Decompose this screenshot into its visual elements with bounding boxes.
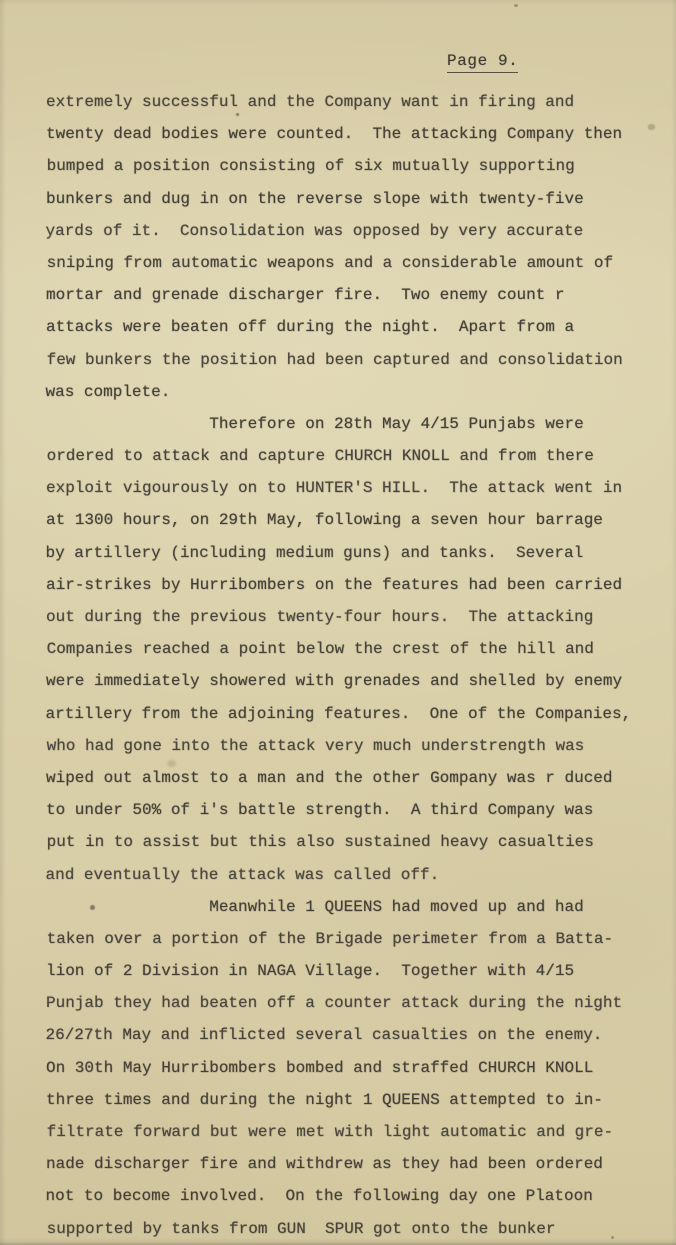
- text-line: who had gone into the attack very much u…: [47, 730, 647, 762]
- typewritten-text-block: extremely successful and the Company wan…: [46, 86, 646, 1245]
- text-line: to under 50% of i's battle strength. A t…: [46, 794, 646, 826]
- text-line: nade discharger fire and withdrew as the…: [46, 1148, 646, 1180]
- text-line: Therefore on 28th May 4/15 Punjabs were: [46, 408, 646, 440]
- page-number: Page 9.: [447, 52, 518, 73]
- text-line: Meanwhile 1 QUEENS had moved up and had: [46, 891, 646, 923]
- text-line: at 1300 hours, on 29th May, following a …: [46, 504, 646, 536]
- text-line: 26/27th May and inflicted several casual…: [46, 1019, 646, 1051]
- text-line: few bunkers the position had been captur…: [47, 344, 647, 376]
- text-line: extremely successful and the Company wan…: [46, 86, 646, 118]
- text-line: not to become involved. On the following…: [46, 1180, 646, 1212]
- text-line: lion of 2 Division in NAGA Village. Toge…: [46, 955, 646, 987]
- text-line: mortar and grenade discharger fire. Two …: [46, 279, 646, 311]
- text-line: artillery from the adjoining features. O…: [46, 698, 646, 730]
- ink-speck: [648, 124, 655, 130]
- text-line: Companies reached a point below the cres…: [47, 633, 647, 665]
- text-line: filtrate forward but were met with light…: [47, 1116, 647, 1148]
- ink-speck: [514, 4, 518, 7]
- text-line: twenty dead bodies were counted. The att…: [46, 118, 646, 150]
- text-line: was complete.: [46, 376, 646, 408]
- text-line: by artillery (including medium guns) and…: [46, 537, 646, 569]
- text-line: air-strikes by Hurribombers on the featu…: [46, 569, 646, 601]
- text-line: three times and during the night 1 QUEEN…: [46, 1084, 646, 1116]
- text-line: exploit vigourously on to HUNTER'S HILL.…: [46, 472, 646, 504]
- text-line: taken over a portion of the Brigade peri…: [47, 923, 647, 955]
- scanned-paper-background: Page 9. extremely successful and the Com…: [0, 0, 676, 1245]
- text-line: out during the previous twenty-four hour…: [46, 601, 646, 633]
- text-line: Punjab they had beaten off a counter att…: [46, 987, 646, 1019]
- text-line: bumped a position consisting of six mutu…: [47, 150, 647, 182]
- text-line: On 30th May Hurribombers bombed and stra…: [46, 1052, 646, 1084]
- text-line: supported by tanks from GUN SPUR got ont…: [47, 1213, 647, 1245]
- text-line: put in to assist but this also sustained…: [47, 826, 647, 858]
- text-line: ordered to attack and capture CHURCH KNO…: [47, 440, 647, 472]
- text-line: were immediately showered with grenades …: [46, 665, 646, 697]
- text-line: sniping from automatic weapons and a con…: [47, 247, 647, 279]
- text-line: attacks were beaten off during the night…: [46, 311, 646, 343]
- text-line: bunkers and dug in on the reverse slope …: [46, 183, 646, 215]
- text-line: and eventually the attack was called off…: [46, 859, 646, 891]
- text-line: wiped out almost to a man and the other …: [46, 762, 646, 794]
- text-line: yards of it. Consolidation was opposed b…: [46, 215, 646, 247]
